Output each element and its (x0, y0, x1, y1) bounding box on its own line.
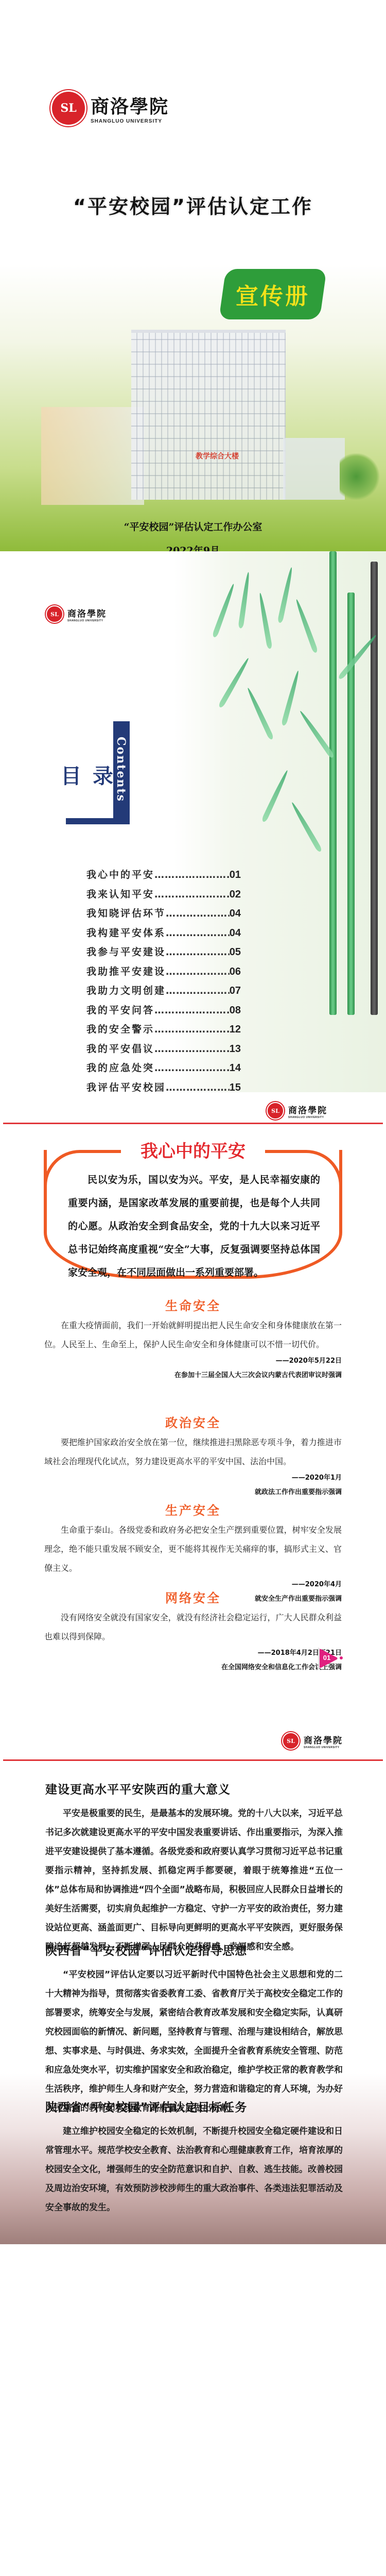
toc-item-page: 13 (230, 1043, 241, 1055)
toc-item[interactable]: 我的应急处突………………………14 (86, 1060, 241, 1080)
toc-item[interactable]: 我助推平安建设………………………06 (86, 964, 241, 984)
quote-date: ——2020年1月 (44, 1471, 342, 1485)
campus-left-wing (41, 407, 144, 505)
toc-item-label: 我助力文明创建 (86, 983, 166, 997)
toc-item-label: 我心中的平安 (86, 867, 154, 881)
toc-leader-dots: ……………………… (154, 1005, 230, 1016)
contents-bar-horizontal (66, 818, 128, 824)
page-01-my-safety: SL 商洛學院 SHANGLUO UNIVERSITY 我心中的平安 民以安为乐… (0, 1092, 386, 1674)
page-number: 01 (319, 1654, 335, 1662)
dot-icon (340, 1656, 343, 1659)
toc-item-label: 我评估平安校园 (86, 1080, 166, 1093)
article-heading: 陕西省“平安校园”评估认定指导思想 (45, 1941, 343, 1958)
toc-leader-dots: ……………………… (154, 1043, 230, 1055)
toc-item-page: 06 (230, 966, 241, 978)
quote-source: 就政法工作作出重要指示强调 (44, 1485, 342, 1500)
quote-source: 在全国网络安全和信息化工作会议上强调 (44, 1660, 342, 1674)
toc-item-label: 我的应急处突 (86, 1060, 154, 1074)
toc-item[interactable]: 我的安全警示………………………12 (86, 1022, 241, 1041)
toc-item-page: 05 (230, 946, 241, 958)
toc-leader-dots: ……………………… (154, 1062, 230, 1074)
quote-date: ——2020年5月22日 (44, 1354, 342, 1368)
brochure-badge: 宣传册 (219, 269, 327, 319)
university-name-cn: 商洛學院 (67, 606, 107, 619)
section-title: 我心中的平安 (0, 1137, 386, 1162)
toc-item-page: 14 (230, 1062, 241, 1074)
university-seal-icon: SL (267, 1102, 284, 1120)
bamboo-leaf (245, 687, 274, 740)
toc-item-label: 我参与平安建设 (86, 944, 166, 958)
contents-heading: Contents 目录 (61, 721, 133, 824)
toc-item-page: 01 (230, 869, 241, 881)
page-number-badge: 01 (318, 1648, 339, 1669)
toc-item-page: 12 (230, 1024, 241, 1036)
contents-label-cn: 目录 (61, 760, 125, 789)
article-heading: 建设更高水平平安陕西的重大意义 (45, 1780, 343, 1797)
toc-item-page: 08 (230, 1005, 241, 1016)
toc-item[interactable]: 我的平安问答………………………08 (86, 1003, 241, 1022)
bamboo-leaf (277, 567, 294, 623)
article-significance: 建设更高水平平安陕西的重大意义 平安是极重要的民生，是最基本的发展环境。党的十八… (45, 1780, 343, 1957)
toc-item-page: 02 (230, 889, 241, 901)
university-name-en: SHANGLUO UNIVERSITY (91, 118, 169, 124)
toc-leader-dots: ……………………… (166, 908, 230, 919)
quote-body: 在重大疫情面前，我们一开始就鲜明提出把人民生命安全和身体健康放在第一位。人民至上… (44, 1316, 342, 1354)
quote-source: 在参加十三届全国人大三次会议内蒙古代表团审议时强调 (44, 1368, 342, 1383)
bamboo-stalk (347, 592, 355, 1015)
toc-item[interactable]: 我来认知平安………………………02 (86, 887, 241, 906)
toc-item[interactable]: 我知晓评估环节………………………04 (86, 906, 241, 925)
university-logo: SL 商洛學院 SHANGLUO UNIVERSITY (50, 90, 169, 126)
university-name-cn: 商洛學院 (304, 1733, 343, 1746)
bamboo-leaf (294, 599, 318, 654)
toc-item[interactable]: 我的平安倡议………………………13 (86, 1041, 241, 1061)
university-seal-icon: SL (282, 1732, 300, 1750)
quote-body: 要把维护国家政治安全放在第一位，继续推进扫黑除恶专项斗争，着力推进市域社会治理现… (44, 1433, 342, 1471)
toc-item-page: 04 (230, 927, 241, 939)
toc-item[interactable]: 我心中的平安………………………01 (86, 867, 241, 887)
toc-item-page: 07 (230, 985, 241, 997)
university-name-en: SHANGLUO UNIVERSITY (67, 619, 107, 622)
toc-item-label: 我来认知平安 (86, 887, 154, 901)
toc-leader-dots: ……………………… (166, 927, 230, 939)
university-name-cn: 商洛學院 (91, 92, 169, 118)
university-logo: SL 商洛學院 SHANGLUO UNIVERSITY (282, 1732, 343, 1750)
bamboo-leaf (281, 670, 301, 726)
article-body: 建立维护校园安全稳定的长效机制，不断提升校园安全稳定硬件建设和日常管理水平。规范… (45, 2122, 343, 2217)
cover-title: “平安校园”评估认定工作 (0, 191, 386, 219)
toc-item-label: 我知晓评估环节 (86, 906, 166, 920)
bamboo-leaf (258, 592, 273, 649)
toc-item-label: 我的安全警示 (86, 1022, 154, 1036)
toc-item[interactable]: 我助力文明创建………………………07 (86, 983, 241, 1003)
university-name-cn: 商洛學院 (288, 1103, 327, 1116)
toc-item[interactable]: 我参与平安建设………………………05 (86, 944, 241, 964)
contents-page: SL 商洛學院 SHANGLUO UNIVERSITY Contents 目录 … (0, 551, 386, 1092)
bamboo-leaf (261, 769, 290, 823)
bamboo-stalk (371, 562, 378, 1015)
header-divider (3, 1759, 383, 1761)
toc-leader-dots: ……………………… (154, 869, 230, 880)
toc-leader-dots: ……………………… (166, 946, 230, 958)
campus-main-tower (131, 330, 286, 500)
quote-body: 没有网络安全就没有国家安全，就没有经济社会稳定运行，广大人民群众利益也难以得到保… (44, 1608, 342, 1646)
article-heading: 陕西省“平安校园”评估认定目标任务 (45, 2098, 343, 2115)
quote-title: 网络安全 (44, 1588, 342, 1606)
trees-decoration (340, 453, 381, 500)
quote-date: ——2018年4月2日至21日 (44, 1646, 342, 1660)
bamboo-leaf (212, 583, 236, 638)
toc-leader-dots: ……………………… (154, 889, 230, 900)
article-goals-tasks: 陕西省“平安校园”评估认定目标任务 建立维护校园安全稳定的长效机制，不断提升校园… (45, 2098, 343, 2217)
toc-leader-dots: ……………………… (154, 1024, 230, 1035)
university-seal-icon: SL (46, 605, 63, 623)
issue-date: 2022年9月 (0, 543, 386, 551)
university-name-en: SHANGLUO UNIVERSITY (288, 1116, 327, 1119)
intro-paragraph: 民以安为乐，国以安为兴。平安，是人民幸福安康的重要内涵，是国家改革发展的重要前提… (68, 1168, 320, 1284)
toc-leader-dots: ……………………… (166, 985, 230, 996)
quote-life-safety: 生命安全 在重大疫情面前，我们一开始就鲜明提出把人民生命安全和身体健康放在第一位… (44, 1296, 342, 1383)
article-body: 平安是极重要的民生，是最基本的发展环境。党的十八大以来，习近平总书记多次就建设更… (45, 1804, 343, 1957)
cover-page: SL 商洛學院 SHANGLUO UNIVERSITY “平安校园”评估认定工作… (0, 0, 386, 551)
brochure-badge-label: 宣传册 (236, 278, 310, 311)
toc-item[interactable]: 我构建平安体系………………………04 (86, 925, 241, 945)
university-logo: SL 商洛學院 SHANGLUO UNIVERSITY (46, 605, 107, 623)
article-guiding-ideology: 陕西省“平安校园”评估认定指导思想 “平安校园”评估认定要以习近平新时代中国特色… (45, 1941, 343, 2118)
article-body: “平安校园”评估认定要以习近平新时代中国特色社会主义思想和党的二十大精神为指导，… (45, 1965, 343, 2118)
quote-title: 政治安全 (44, 1413, 342, 1431)
issuing-office: “平安校园”评估认定工作办公室 (0, 519, 386, 533)
campus-building-illustration: 教学综合大楼 (0, 330, 386, 520)
toc-item-page: 04 (230, 908, 241, 920)
bamboo-leaf (290, 801, 323, 853)
toc-leader-dots: ……………………… (166, 1082, 230, 1093)
quote-title: 生命安全 (44, 1296, 342, 1314)
bamboo-stalk (329, 551, 337, 1015)
bamboo-leaf (218, 657, 251, 708)
quote-political-safety: 政治安全 要把维护国家政治安全放在第一位，继续推进扫黑除恶专项斗争，着力推进市域… (44, 1413, 342, 1500)
quote-cyber-safety: 网络安全 没有网络安全就没有国家安全，就没有经济社会稳定运行，广大人民群众利益也… (44, 1588, 342, 1674)
header-divider (3, 1123, 383, 1124)
toc-item-label: 我构建平安体系 (86, 925, 166, 939)
bamboo-leaf (238, 572, 251, 629)
toc-item-label: 我的平安问答 (86, 1003, 154, 1016)
toc-item-page: 15 (230, 1082, 241, 1093)
toc-item-label: 我助推平安建设 (86, 964, 166, 978)
building-sign: 教学综合大楼 (196, 451, 239, 461)
toc-item[interactable]: 我评估平安校园………………………15 (86, 1080, 241, 1093)
contents-list: 我心中的平安………………………01 我来认知平安………………………02 我知晓评… (86, 867, 241, 1092)
university-seal-icon: SL (50, 90, 86, 126)
university-logo: SL 商洛學院 SHANGLUO UNIVERSITY (267, 1102, 327, 1120)
toc-item-label: 我的平安倡议 (86, 1041, 154, 1055)
toc-leader-dots: ……………………… (166, 966, 230, 977)
university-name-en: SHANGLUO UNIVERSITY (304, 1746, 343, 1749)
quote-body: 生命重于泰山。各级党委和政府务必把安全生产摆到重要位置，树牢安全发展理念，绝不能… (44, 1520, 342, 1578)
quote-title: 生产安全 (44, 1500, 342, 1518)
page-03-shaanxi-safety: SL 商洛學院 SHANGLUO UNIVERSITY 建设更高水平平安陕西的重… (0, 1674, 386, 2244)
campus-right-wing (283, 438, 345, 500)
